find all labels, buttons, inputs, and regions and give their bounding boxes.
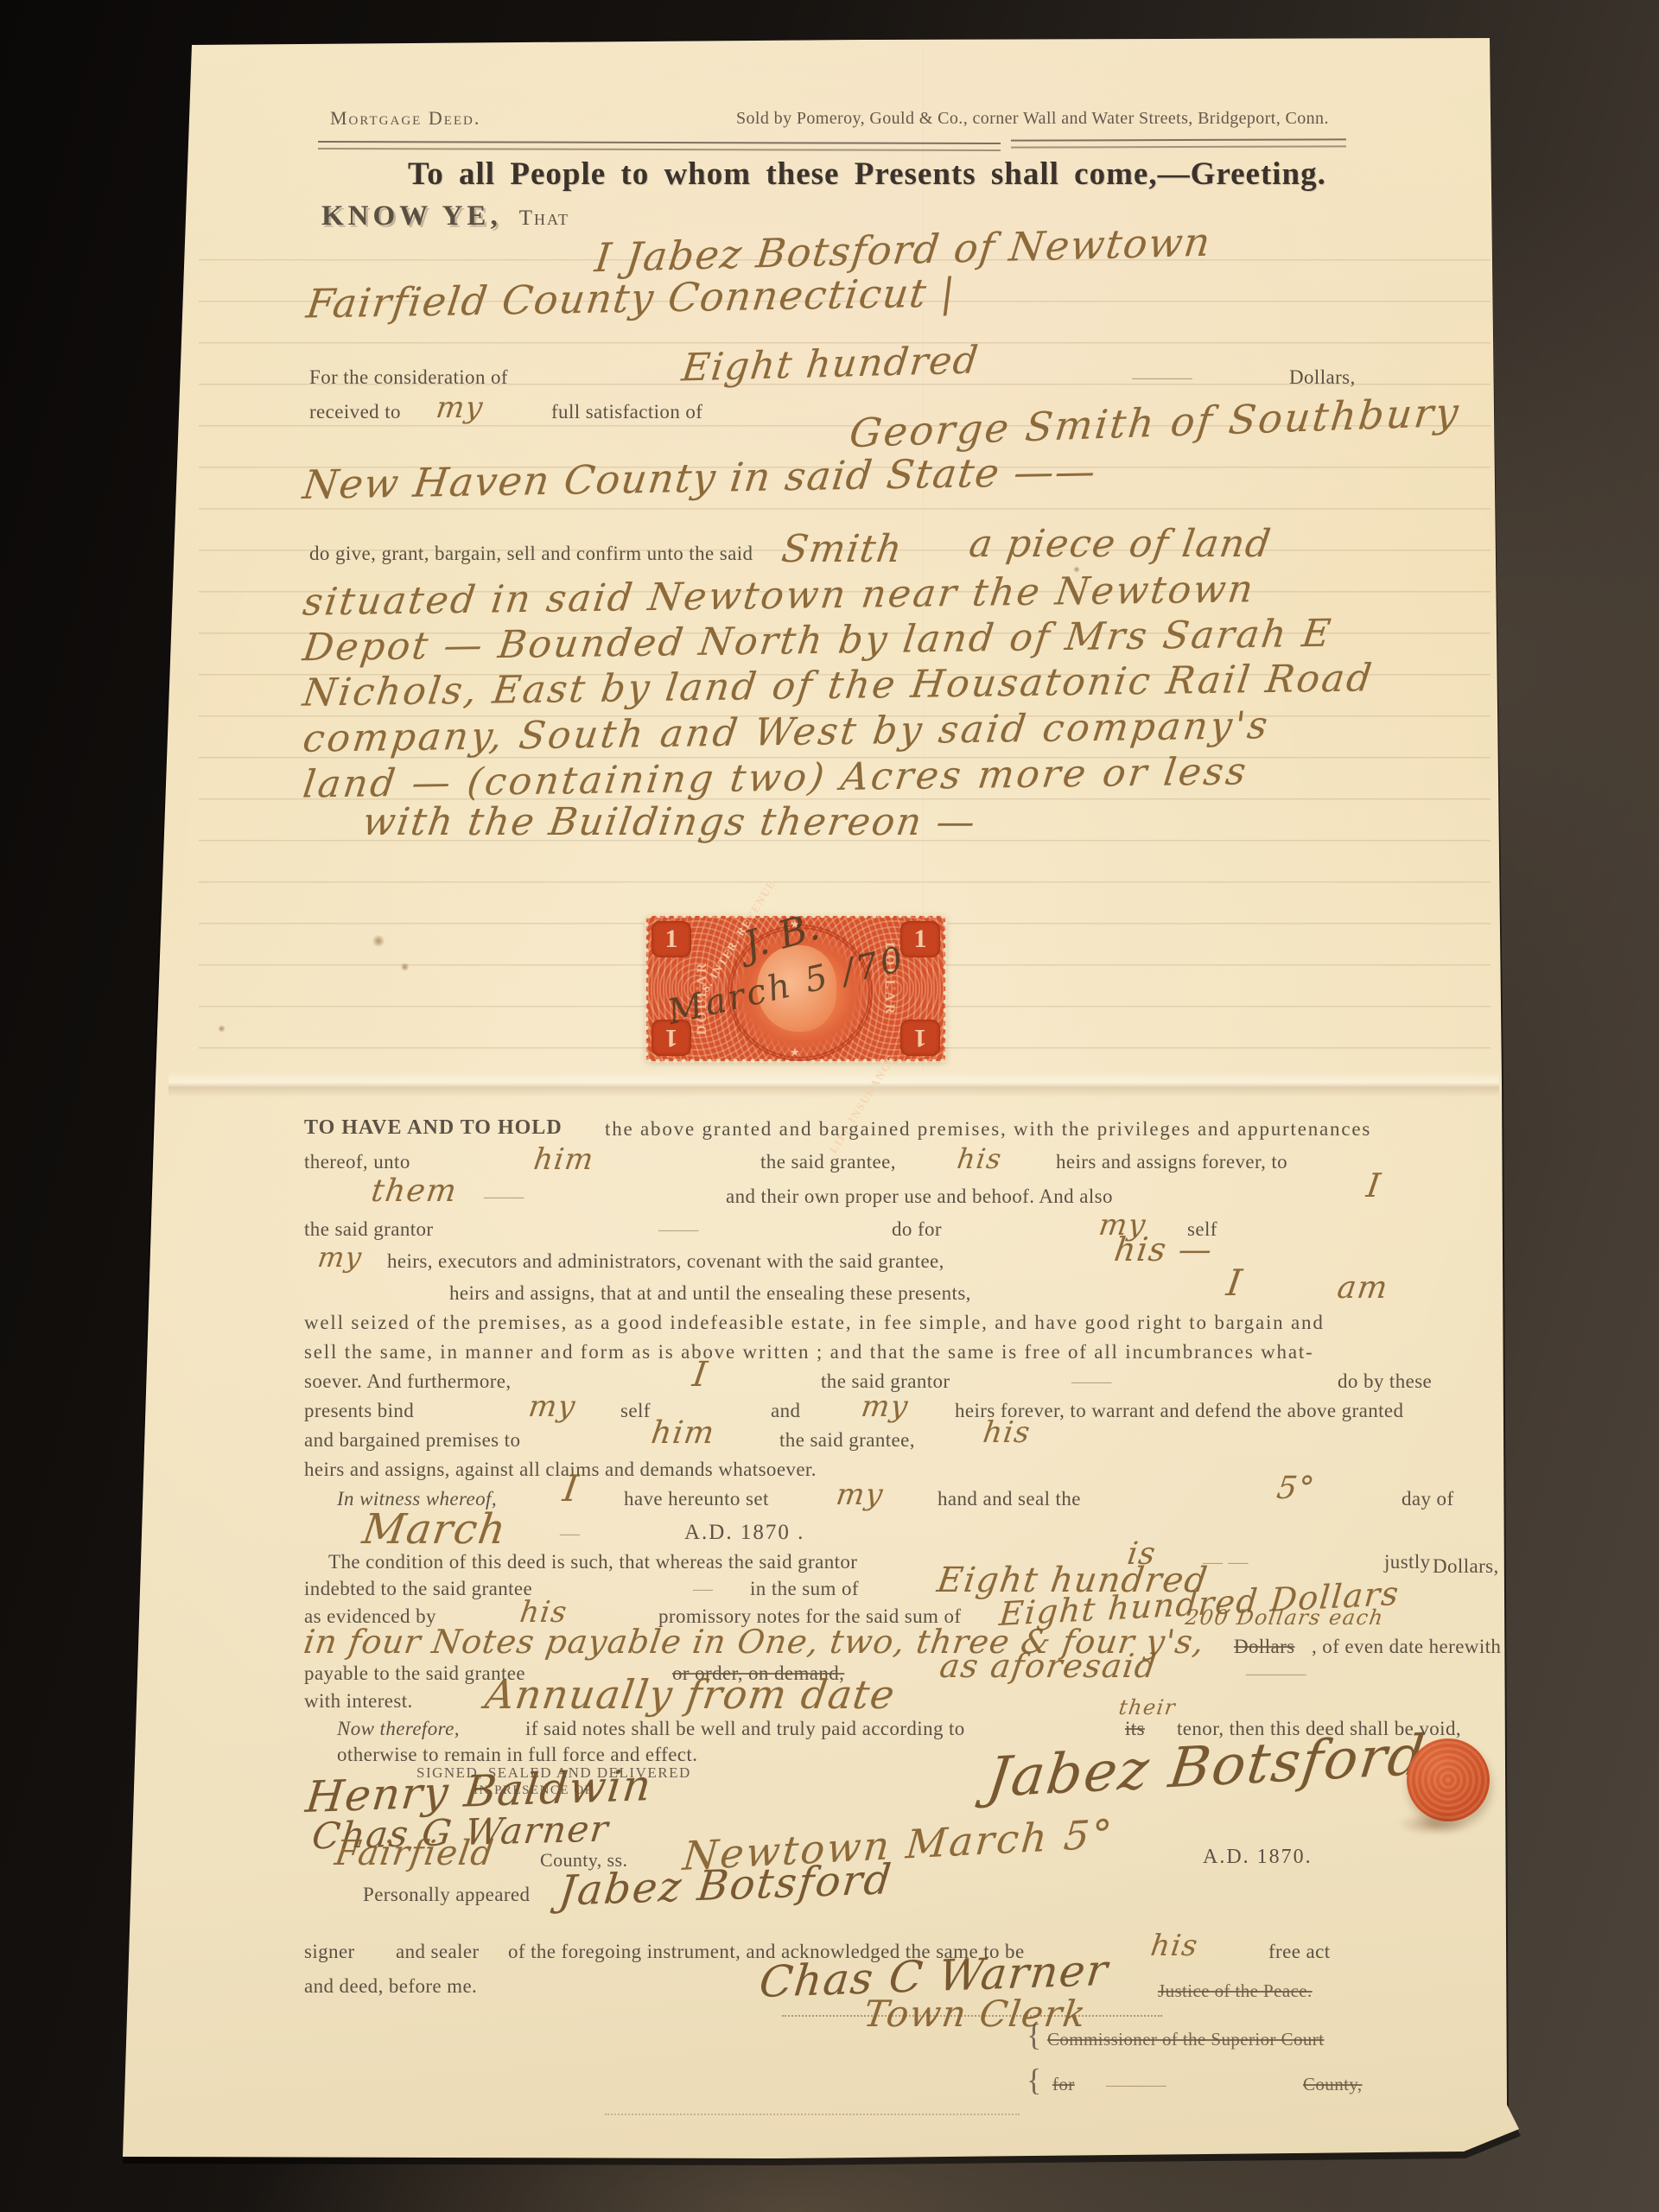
- satisfaction-label: full satisfaction of: [551, 401, 702, 423]
- habendum-l5: heirs, executors and administrators, cov…: [387, 1250, 944, 1273]
- condition-l2b: in the sum of: [750, 1578, 859, 1600]
- ack-signer-label: signer: [304, 1941, 355, 1963]
- land-line7: with the Buildings thereon —: [359, 800, 979, 844]
- his-insert: his: [1148, 1929, 1200, 1963]
- free-act-label: free act: [1268, 1941, 1331, 1963]
- commissioner-struck: Commissioner of the Superior Court: [1047, 2029, 1324, 2050]
- stamp-denomination: 1: [652, 921, 691, 957]
- consideration-amount: Eight hundred: [680, 339, 982, 391]
- fill-dash: ———: [1106, 2074, 1166, 2096]
- fill-dash: ——: [1071, 1370, 1112, 1393]
- justice-of-peace-struck: Justice of the Peace.: [1158, 1980, 1313, 2002]
- foxing-spot: [218, 1025, 226, 1033]
- and-label: and: [771, 1400, 800, 1422]
- habendum-l2a: thereof, unto: [304, 1151, 410, 1173]
- horizontal-fold-crease: [168, 1071, 1499, 1097]
- form-name: Mortgage Deed.: [330, 107, 480, 130]
- struck-its: its: [1125, 1718, 1145, 1740]
- stamp-denomination: 1: [900, 921, 940, 957]
- fill-dash: ——: [484, 1185, 524, 1208]
- habendum-l4a: the said grantor: [304, 1218, 433, 1241]
- habendum-l12: heirs and assigns, against all claims an…: [304, 1459, 817, 1481]
- foxing-spot: [372, 935, 385, 947]
- printer-imprint: Sold by Pomeroy, Gould & Co., corner Wal…: [736, 109, 1329, 129]
- for-struck: for: [1052, 2074, 1075, 2095]
- land-piece: a piece of land: [966, 522, 1274, 566]
- my-insert: my: [434, 391, 486, 425]
- habendum-l7: well seized of the premises, as a good i…: [304, 1312, 1325, 1334]
- header-rule-right: [1011, 138, 1346, 148]
- interest-terms-insert: Annually from date: [482, 1671, 899, 1718]
- document-title: To all People to whom these Presents sha…: [408, 156, 1326, 193]
- habendum-l8: sell the same, in manner and form as is …: [304, 1341, 1314, 1363]
- day-number-insert: 5°: [1274, 1471, 1318, 1506]
- wax-seal: [1407, 1738, 1490, 1821]
- consideration-label: For the consideration of: [309, 366, 508, 389]
- ack-sealer-label: and sealer: [396, 1941, 480, 1963]
- personally-appeared-label: Personally appeared: [363, 1884, 530, 1906]
- condition-l2a: indebted to the said grantee: [304, 1578, 532, 1600]
- witness-clause-b: have hereunto set: [624, 1488, 769, 1510]
- justly-label: justly: [1384, 1551, 1431, 1573]
- now-therefore-label: Now therefore,: [337, 1718, 460, 1740]
- ad-year-label: A.D. 1870 .: [684, 1521, 804, 1545]
- self-label: self: [620, 1400, 651, 1422]
- that-label: That: [519, 207, 569, 230]
- with-interest-label: with interest.: [304, 1690, 413, 1713]
- habendum-l9a: soever. And furthermore,: [304, 1370, 512, 1393]
- know-ye-line: KNOW YE,That: [321, 200, 569, 232]
- dollars-label: Dollars,: [1289, 366, 1356, 389]
- him-insert: him: [531, 1142, 596, 1177]
- seal-smudge: [1398, 1813, 1467, 1835]
- photo-of-mortgage-deed: { "colors": { "background":"#1a1511", "p…: [0, 0, 1659, 2212]
- my-insert: my: [834, 1478, 886, 1512]
- stamp-denomination: 1: [900, 1020, 940, 1056]
- county-struck: County,: [1303, 2074, 1363, 2095]
- dotted-rule: [605, 2113, 1020, 2115]
- habendum-l4b: do for: [892, 1218, 942, 1241]
- interlined-their: their: [1117, 1695, 1178, 1719]
- foxing-spot: [400, 963, 410, 971]
- fill-dash: ———: [1132, 366, 1192, 389]
- before-me-label: and deed, before me.: [304, 1975, 477, 1998]
- fill-dash: ——: [658, 1218, 699, 1241]
- his-insert: his —: [1112, 1230, 1216, 1268]
- habendum-l10a: presents bind: [304, 1400, 414, 1422]
- received-to-label: received to: [309, 401, 401, 423]
- county-handwritten: Fairfield: [333, 1834, 497, 1873]
- month-insert: March: [359, 1505, 510, 1554]
- his-insert: his: [955, 1142, 1004, 1175]
- struck-dollars-label: Dollars: [1234, 1636, 1295, 1658]
- witness-clause-c: hand and seal the: [938, 1488, 1081, 1510]
- stamp-star-bottom: ★: [790, 1046, 800, 1059]
- condition-l7b: if said notes shall be well and truly pa…: [525, 1718, 965, 1740]
- fill-dash: —: [560, 1522, 580, 1545]
- header-rule-left: [318, 141, 1001, 151]
- habendum-l2b: the said grantee,: [760, 1151, 896, 1173]
- habendum-l11a: and bargained premises to: [304, 1429, 520, 1452]
- dollars-label: Dollars,: [1433, 1555, 1499, 1578]
- my-insert: my: [526, 1389, 578, 1424]
- as-aforesaid-insert: as aforesaid: [938, 1647, 1160, 1685]
- interlined-amount: 200 Dollars each: [1184, 1605, 1386, 1630]
- habendum-l2c: heirs and assigns forever, to: [1056, 1151, 1287, 1173]
- his-insert: his: [981, 1415, 1033, 1450]
- condition-l4b: , of even date herewith: [1312, 1636, 1501, 1658]
- habendum-heading: TO HAVE AND TO HOLD: [304, 1116, 563, 1140]
- my-insert: my: [859, 1389, 911, 1424]
- habendum-l9c: do by these: [1338, 1370, 1432, 1393]
- fill-dash: ———: [1246, 1662, 1306, 1685]
- am-insert: am: [1335, 1270, 1390, 1306]
- ad-1870-label: A.D. 1870.: [1203, 1846, 1313, 1869]
- condition-l1: The condition of this deed is such, that…: [328, 1551, 857, 1573]
- my-insert: my: [315, 1241, 365, 1274]
- habendum-l1: the above granted and bargained premises…: [605, 1118, 1371, 1141]
- habendum-l6: heirs and assigns, that at and until the…: [449, 1282, 971, 1305]
- land-smith: Smith: [779, 527, 906, 571]
- fill-dash: —: [693, 1578, 713, 1600]
- grant-clause-label: do give, grant, bargain, sell and confir…: [309, 543, 753, 565]
- brace: {: [1027, 2062, 1041, 2098]
- brace: {: [1027, 2017, 1041, 2053]
- habendum-l11b: the said grantee,: [779, 1429, 915, 1452]
- him-insert: him: [649, 1415, 717, 1451]
- know-ye-label: KNOW YE,: [321, 200, 502, 232]
- habendum-l3: and their own proper use and behoof. And…: [726, 1185, 1113, 1208]
- them-insert: them: [369, 1173, 460, 1209]
- day-of-label: day of: [1402, 1488, 1454, 1510]
- revenue-stamp: 1 1 1 1 DOLLAR DOLLAR U.S. INTER. REVENU…: [646, 916, 945, 1061]
